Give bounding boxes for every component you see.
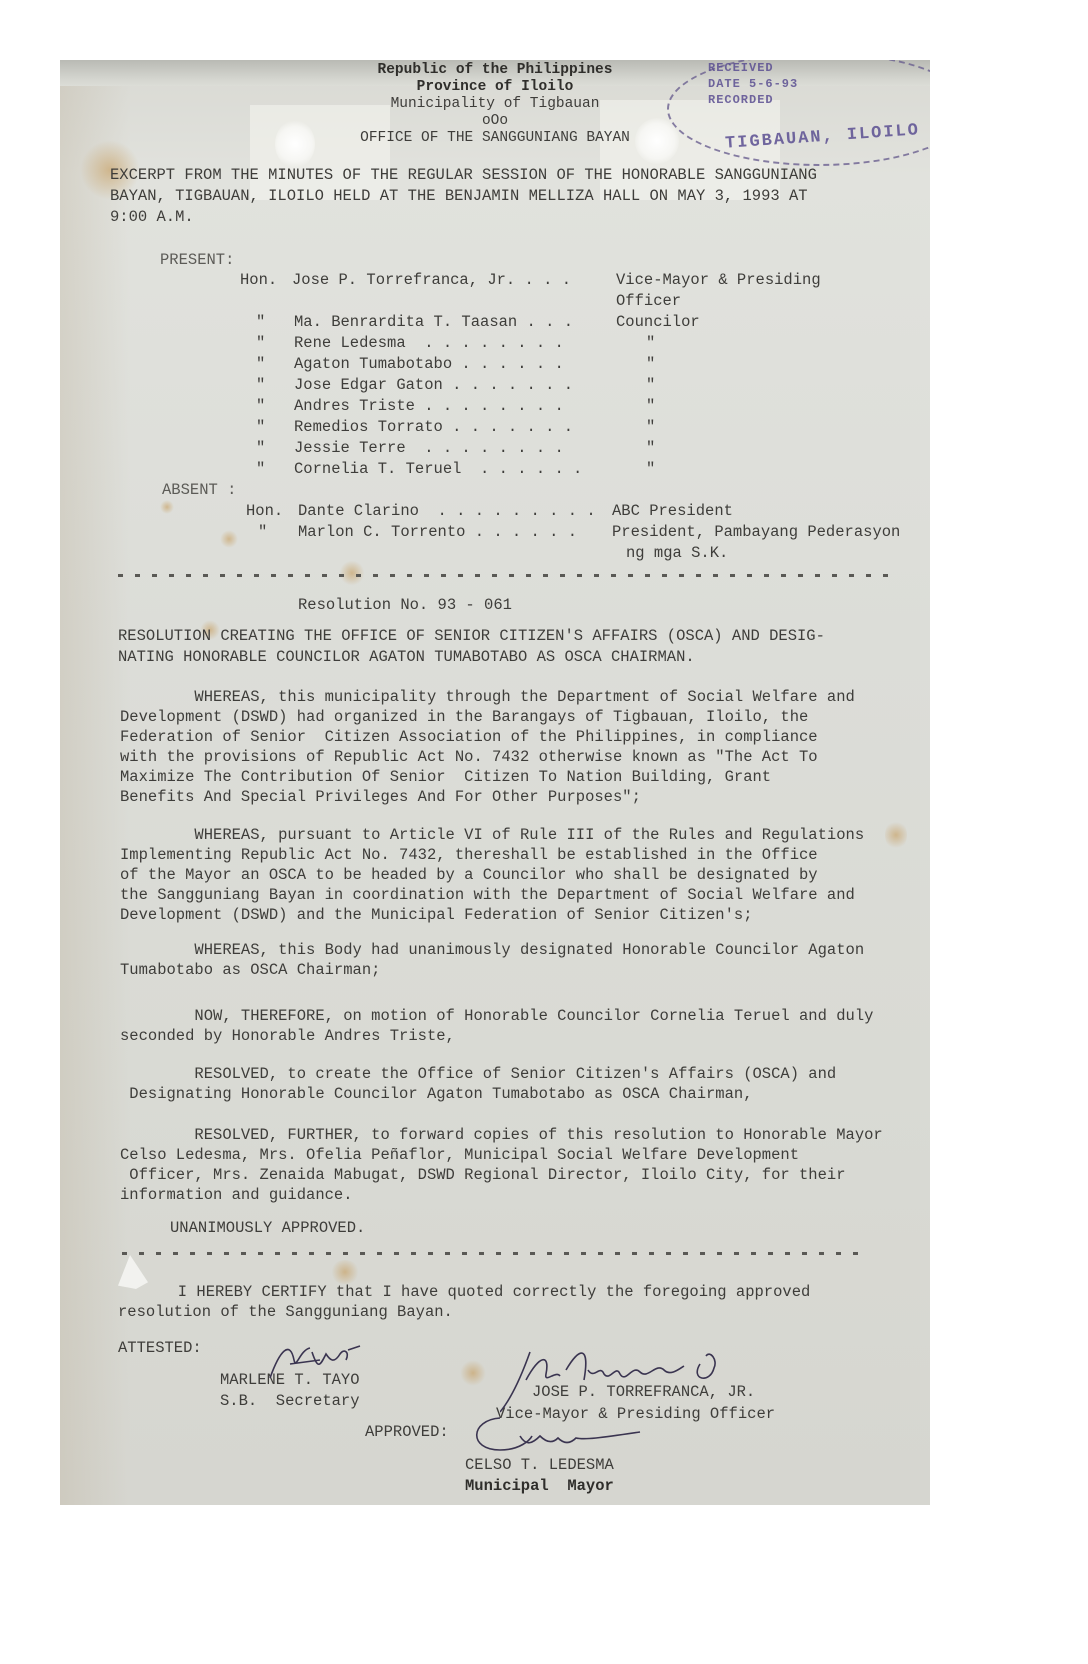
vice-mayor-signature — [500, 1340, 760, 1420]
member-role: President, Pambayang Pederasyon — [612, 522, 900, 543]
mayor-name: CELSO T. LEDESMA — [465, 1455, 614, 1476]
member-name: Andres Triste . . . . . . . . — [294, 396, 564, 417]
member-prefix: " — [256, 354, 265, 375]
stain — [160, 500, 174, 514]
member-prefix: " — [256, 438, 265, 459]
certification-text: I HEREBY CERTIFY that I have quoted corr… — [122, 1282, 810, 1303]
paragraph-line: Implementing Republic Act No. 7432, ther… — [120, 845, 818, 866]
secretary-signature — [260, 1330, 370, 1390]
document-photo: RECEIVED DATE 5-6-93 RECORDED TIGBAUAN, … — [60, 60, 930, 1505]
paragraph-line: Development (DSWD) and the Municipal Fed… — [120, 905, 753, 926]
letterhead-province: Province of Iloilo — [60, 79, 930, 96]
member-name: Agaton Tumabotabo . . . . . . — [294, 354, 564, 375]
absent-label: ABSENT : — [162, 480, 236, 501]
member-role: " — [646, 375, 655, 396]
member-name: Jose Edgar Gaton . . . . . . . — [294, 375, 573, 396]
paragraph-line: Benefits And Special Privileges And For … — [120, 787, 641, 808]
paragraph-line: information and guidance. — [120, 1185, 353, 1206]
excerpt-line: 9:00 A.M. — [110, 207, 194, 228]
letterhead-republic: Republic of the Philippines — [60, 62, 930, 79]
member-name: Jessie Terre . . . . . . . . — [294, 438, 564, 459]
member-role: Vice-Mayor & Presiding — [616, 270, 821, 291]
member-name: Dante Clarino . . . . . . . . . — [298, 501, 596, 522]
member-prefix: " — [256, 459, 265, 480]
paragraph-line: Celso Ledesma, Mrs. Ofelia Peñaflor, Mun… — [120, 1145, 799, 1166]
letterhead-ornament: oOo — [60, 113, 930, 130]
member-role: ng mga S.K. — [626, 543, 728, 564]
paragraph-line: Development (DSWD) had organized in the … — [120, 707, 808, 728]
letterhead-municipality: Municipality of Tigbauan — [60, 96, 930, 113]
resolution-number: Resolution No. 93 - 061 — [298, 595, 512, 616]
separator-line — [122, 1252, 862, 1255]
member-prefix: " — [258, 522, 267, 543]
paragraph-line: Officer, Mrs. Zenaida Mabugat, DSWD Regi… — [120, 1165, 846, 1186]
member-role: " — [646, 459, 655, 480]
resolution-title: RESOLUTION CREATING THE OFFICE OF SENIOR… — [118, 626, 825, 647]
excerpt-line: EXCERPT FROM THE MINUTES OF THE REGULAR … — [110, 165, 817, 186]
member-role: Councilor — [616, 312, 700, 333]
member-prefix: " — [256, 333, 265, 354]
approved-label: APPROVED: — [365, 1422, 449, 1443]
member-role: " — [646, 417, 655, 438]
approval-text: UNANIMOUSLY APPROVED. — [170, 1218, 365, 1239]
paragraph-line: WHEREAS, this Body had unanimously desig… — [120, 940, 864, 961]
member-name: Rene Ledesma . . . . . . . . — [294, 333, 564, 354]
separator-line — [118, 574, 888, 577]
member-role: " — [646, 438, 655, 459]
paragraph-line: WHEREAS, this municipality through the D… — [120, 687, 855, 708]
paragraph-line: the Sangguniang Bayan in coordination wi… — [120, 885, 855, 906]
paragraph-line: Tumabotabo as OSCA Chairman; — [120, 960, 380, 981]
member-name: Marlon C. Torrento . . . . . . — [298, 522, 577, 543]
member-prefix: " — [256, 417, 265, 438]
stain — [460, 1360, 486, 1386]
member-prefix: Hon. — [246, 501, 283, 522]
member-name: Cornelia T. Teruel . . . . . . — [294, 459, 582, 480]
certification-text: resolution of the Sangguniang Bayan. — [118, 1302, 453, 1323]
mayor-title: Municipal Mayor — [465, 1476, 614, 1497]
paragraph-line: RESOLVED, FURTHER, to forward copies of … — [120, 1125, 883, 1146]
member-name: Jose P. Torrefranca, Jr. . . . — [292, 270, 571, 291]
stain — [340, 560, 364, 586]
paragraph-line: of the Mayor an OSCA to be headed by a C… — [120, 865, 818, 886]
paragraph-line: with the provisions of Republic Act No. … — [120, 747, 818, 768]
paragraph-line: Designating Honorable Councilor Agaton T… — [120, 1084, 753, 1105]
resolution-title: NATING HONORABLE COUNCILOR AGATON TUMABO… — [118, 647, 695, 668]
member-role: " — [646, 354, 655, 375]
paragraph-line: RESOLVED, to create the Office of Senior… — [120, 1064, 836, 1085]
paragraph-line: Federation of Senior Citizen Association… — [120, 727, 818, 748]
paragraph-line: NOW, THEREFORE, on motion of Honorable C… — [120, 1006, 873, 1027]
attested-label: ATTESTED: — [118, 1338, 202, 1359]
member-role: " — [646, 333, 655, 354]
excerpt-line: BAYAN, TIGBAUAN, ILOILO HELD AT THE BENJ… — [110, 186, 808, 207]
member-prefix: " — [256, 375, 265, 396]
paragraph-line: Maximize The Contribution Of Senior Citi… — [120, 767, 771, 788]
letterhead-office: OFFICE OF THE SANGGUNIANG BAYAN — [60, 130, 930, 147]
member-name: Ma. Benrardita T. Taasan . . . — [294, 312, 573, 333]
paragraph-line: seconded by Honorable Andres Triste, — [120, 1026, 455, 1047]
present-label: PRESENT: — [160, 250, 234, 271]
member-role: Officer — [616, 291, 681, 312]
member-role: " — [646, 396, 655, 417]
paragraph-line: WHEREAS, pursuant to Article VI of Rule … — [120, 825, 864, 846]
stain — [220, 530, 238, 548]
member-prefix: " — [256, 312, 265, 333]
mayor-signature — [460, 1410, 660, 1460]
member-role: ABC President — [612, 501, 733, 522]
secretary-title: S.B. Secretary — [220, 1391, 360, 1412]
stain — [885, 820, 907, 850]
member-prefix: " — [256, 396, 265, 417]
member-prefix: Hon. — [240, 270, 277, 291]
member-name: Remedios Torrato . . . . . . . — [294, 417, 573, 438]
stain — [330, 1260, 360, 1284]
